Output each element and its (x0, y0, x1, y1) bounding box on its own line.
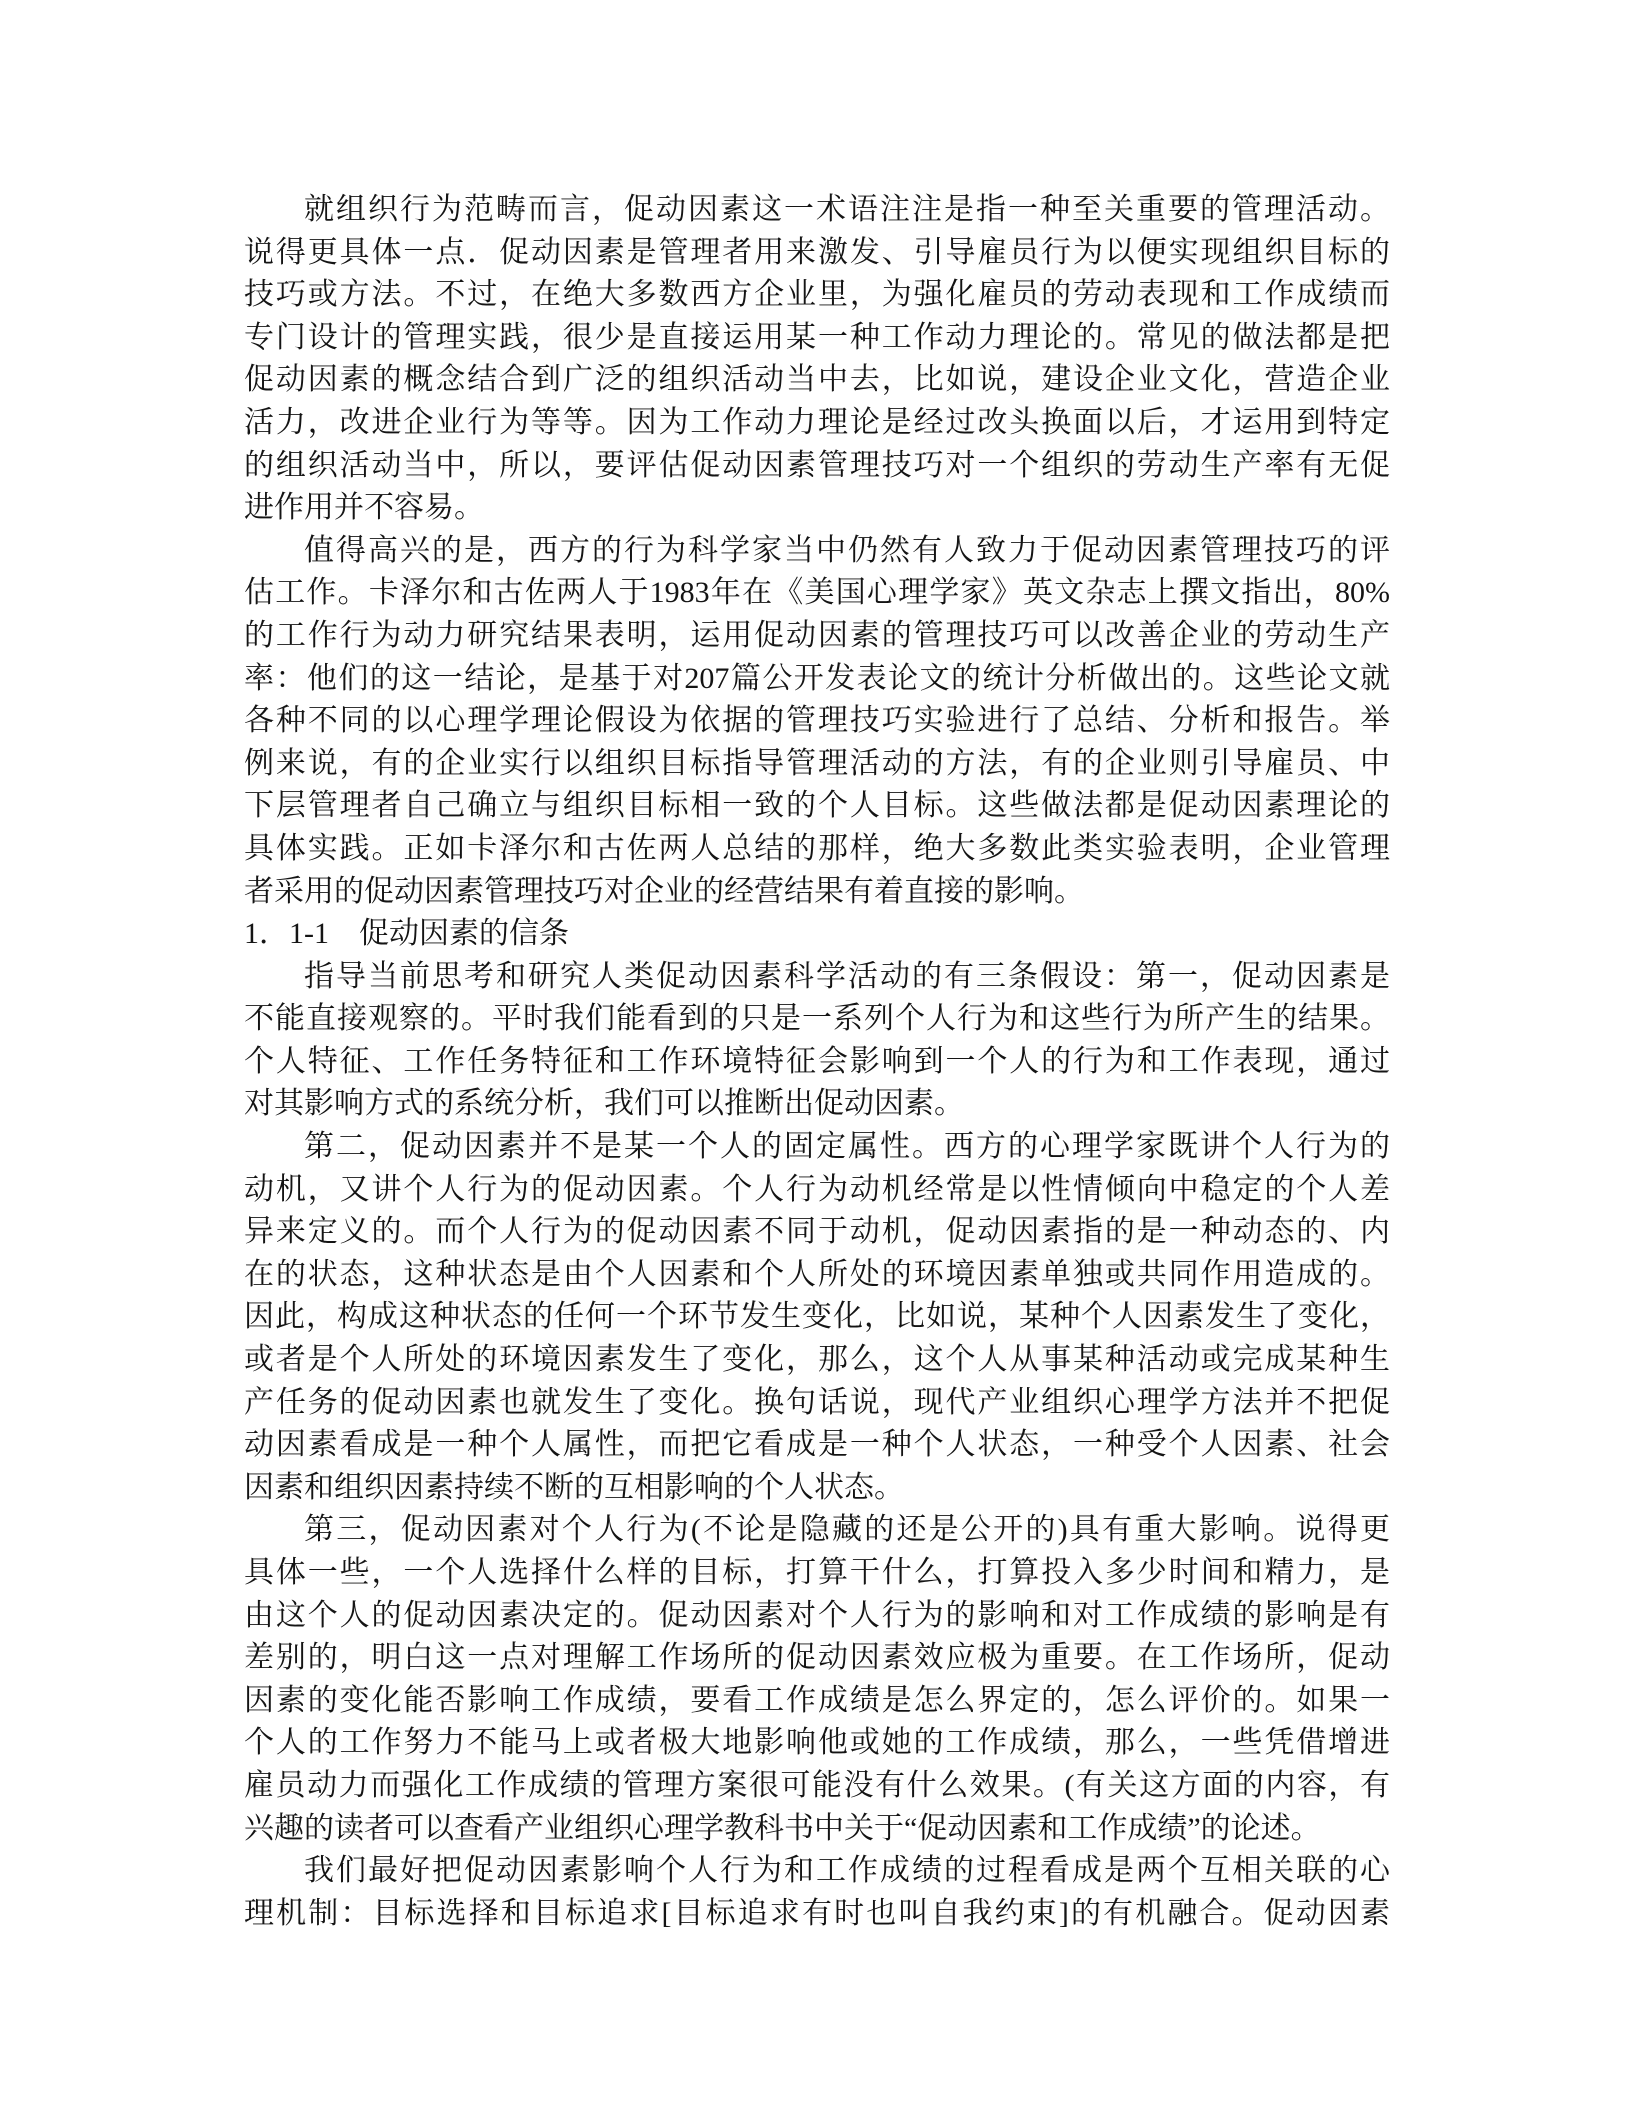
text-line: 异来定义的。而个人行为的促动因素不同于动机，促动因素指的是一种动态的、内 (244, 1211, 1390, 1254)
text-line: 理机制：目标选择和目标追求[目标追求有时也叫自我约束]的有机融合。促动因素 (244, 1893, 1390, 1936)
text-line: 动机，又讲个人行为的促动因素。个人行为动机经常是以性情倾向中稳定的个人差 (244, 1169, 1390, 1212)
text-line: 因此，构成这种状态的任何一个环节发生变化，比如说，某种个人因素发生了变化， (244, 1296, 1390, 1339)
text-line: 的组织活动当中，所以，要评估促动因素管理技巧对一个组织的劳动生产率有无促 (244, 445, 1390, 488)
text-line: 我们最好把促动因素影响个人行为和工作成绩的过程看成是两个互相关联的心 (244, 1850, 1390, 1893)
text-line: 例来说，有的企业实行以组织目标指导管理活动的方法，有的企业则引导雇员、中 (244, 743, 1390, 786)
text-line: 率：他们的这一结论，是基于对207篇公开发表论文的统计分析做出的。这些论文就 (244, 658, 1390, 701)
text-line: 不能直接观察的。平时我们能看到的只是一系列个人行为和这些行为所产生的结果。 (244, 998, 1390, 1041)
text-line: 各种不同的以心理学理论假设为依据的管理技巧实验进行了总结、分析和报告。举 (244, 700, 1390, 743)
text-line: 由这个人的促动因素决定的。促动因素对个人行为的影响和对工作成绩的影响是有 (244, 1595, 1390, 1638)
text-line: 兴趣的读者可以查看产业组织心理学教科书中关于“促动因素和工作成绩”的论述。 (244, 1808, 1390, 1851)
text-line: 或者是个人所处的环境因素发生了变化，那么，这个人从事某种活动或完成某种生 (244, 1339, 1390, 1382)
text-block: 就组织行为范畴而言，促动因素这一术语注注是指一种至关重要的管理活动。说得更具体一… (244, 189, 1390, 1935)
text-line: 指导当前思考和研究人类促动因素科学活动的有三条假设：第一，促动因素是 (244, 956, 1390, 999)
text-line: 值得高兴的是，西方的行为科学家当中仍然有人致力于促动因素管理技巧的评 (244, 530, 1390, 573)
text-line: 个人特征、工作任务特征和工作环境特征会影响到一个人的行为和工作表现，通过 (244, 1041, 1390, 1084)
text-line: 具体一些，一个人选择什么样的目标，打算干什么，打算投入多少时间和精力，是 (244, 1552, 1390, 1595)
text-line: 说得更具体一点．促动因素是管理者用来激发、引导雇员行为以便实现组织目标的 (244, 232, 1390, 275)
text-line: 就组织行为范畴而言，促动因素这一术语注注是指一种至关重要的管理活动。 (244, 189, 1390, 232)
page: 就组织行为范畴而言，促动因素这一术语注注是指一种至关重要的管理活动。说得更具体一… (0, 0, 1632, 2112)
text-line: 产任务的促动因素也就发生了变化。换句话说，现代产业组织心理学方法并不把促 (244, 1382, 1390, 1425)
text-line: 差别的，明白这一点对理解工作场所的促动因素效应极为重要。在工作场所，促动 (244, 1637, 1390, 1680)
text-line: 者采用的促动因素管理技巧对企业的经营结果有着直接的影响。 (244, 871, 1390, 914)
text-line: 促动因素的概念结合到广泛的组织活动当中去，比如说，建设企业文化，营造企业 (244, 359, 1390, 402)
text-line: 雇员动力而强化工作成绩的管理方案很可能没有什么效果。(有关这方面的内容，有 (244, 1765, 1390, 1808)
text-line: 个人的工作努力不能马上或者极大地影响他或她的工作成绩，那么，一些凭借增进 (244, 1722, 1390, 1765)
text-line: 进作用并不容易。 (244, 487, 1390, 530)
text-line: 的工作行为动力研究结果表明，运用促动因素的管理技巧可以改善企业的劳动生产 (244, 615, 1390, 658)
text-line: 活力，改进企业行为等等。因为工作动力理论是经过改头换面以后，才运用到特定 (244, 402, 1390, 445)
text-line: 动因素看成是一种个人属性，而把它看成是一种个人状态，一种受个人因素、社会 (244, 1424, 1390, 1467)
text-line: 第二，促动因素并不是某一个人的固定属性。西方的心理学家既讲个人行为的 (244, 1126, 1390, 1169)
text-line: 估工作。卡泽尔和古佐两人于1983年在《美国心理学家》英文杂志上撰文指出，80% (244, 572, 1390, 615)
section-heading: 1．1-1 促动因素的信条 (244, 913, 1390, 956)
text-line: 下层管理者自己确立与组织目标相一致的个人目标。这些做法都是促动因素理论的 (244, 785, 1390, 828)
text-line: 对其影响方式的系统分析，我们可以推断出促动因素。 (244, 1083, 1390, 1126)
text-line: 因素的变化能否影响工作成绩，要看工作成绩是怎么界定的，怎么评价的。如果一 (244, 1680, 1390, 1723)
text-line: 专门设计的管理实践，很少是直接运用某一种工作动力理论的。常见的做法都是把 (244, 317, 1390, 360)
text-line: 第三，促动因素对个人行为(不论是隐藏的还是公开的)具有重大影响。说得更 (244, 1509, 1390, 1552)
text-line: 因素和组织因素持续不断的互相影响的个人状态。 (244, 1467, 1390, 1510)
text-line: 在的状态，这种状态是由个人因素和个人所处的环境因素单独或共同作用造成的。 (244, 1254, 1390, 1297)
text-line: 技巧或方法。不过，在绝大多数西方企业里，为强化雇员的劳动表现和工作成绩而 (244, 274, 1390, 317)
text-line: 具体实践。正如卡泽尔和古佐两人总结的那样，绝大多数此类实验表明，企业管理 (244, 828, 1390, 871)
